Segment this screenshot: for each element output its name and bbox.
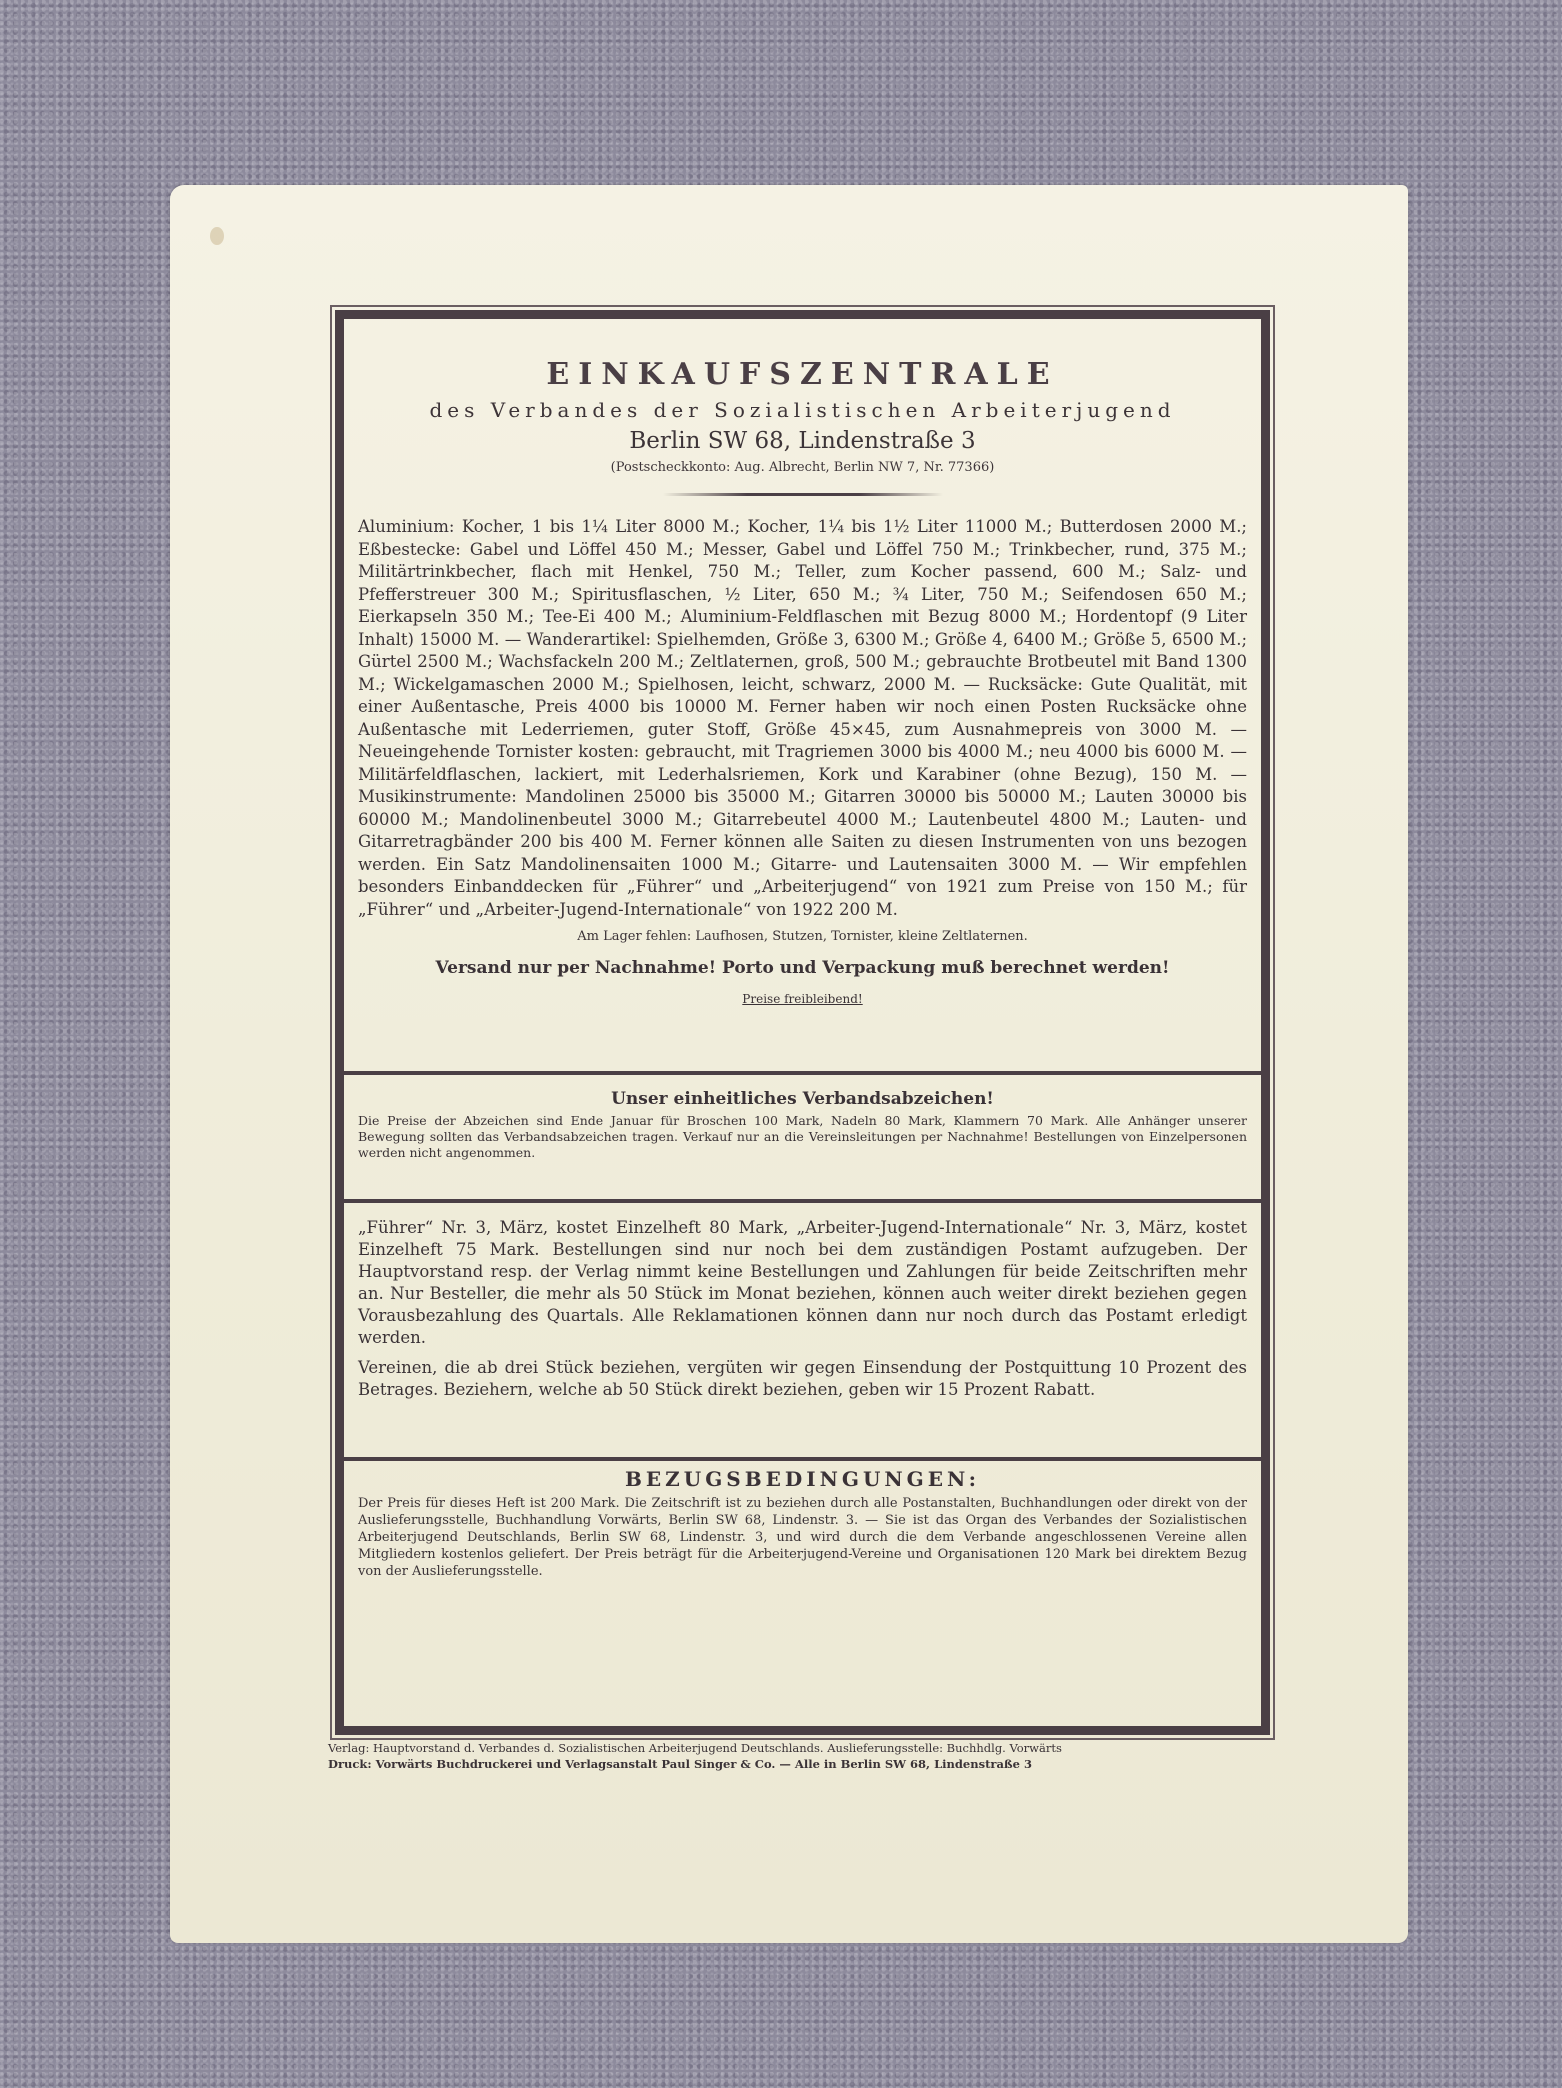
page-title: EINKAUFSZENTRALE	[358, 357, 1247, 392]
badge-section-text: Die Preise der Abzeichen sind Ende Janua…	[358, 1113, 1247, 1161]
price-list-text: Aluminium: Kocher, 1 bis 1¼ Liter 8000 M…	[358, 516, 1247, 921]
subscription-title: BEZUGSBEDINGUNGEN:	[358, 1467, 1247, 1491]
price-list-section: EINKAUFSZENTRALE des Verbandes der Sozia…	[344, 319, 1261, 1071]
prices-note: Preise freibleibend!	[358, 992, 1247, 1006]
subscription-section: BEZUGSBEDINGUNGEN: Der Preis für dieses …	[344, 1461, 1261, 1721]
header-divider	[663, 493, 943, 496]
periodicals-section: „Führer“ Nr. 3, März, kostet Einzelheft …	[344, 1203, 1261, 1453]
badge-section: Unser einheitliches Verbandsabzeichen! D…	[344, 1075, 1261, 1197]
imprint-footer: Verlag: Hauptvorstand d. Verbandes d. So…	[328, 1740, 1278, 1772]
subscription-text: Der Preis für dieses Heft ist 200 Mark. …	[358, 1495, 1247, 1580]
shipping-note: Versand nur per Nachnahme! Porto und Ver…	[358, 958, 1247, 978]
periodicals-paragraph-1: „Führer“ Nr. 3, März, kostet Einzelheft …	[358, 1217, 1247, 1349]
organization-name: des Verbandes der Sozialistischen Arbeit…	[358, 398, 1247, 422]
document-page: EINKAUFSZENTRALE des Verbandes der Sozia…	[170, 185, 1408, 1943]
badge-section-title: Unser einheitliches Verbandsabzeichen!	[358, 1089, 1247, 1109]
periodicals-paragraph-2: Vereinen, die ab drei Stück beziehen, ve…	[358, 1357, 1247, 1401]
out-of-stock-note: Am Lager fehlen: Laufhosen, Stutzen, Tor…	[358, 929, 1247, 944]
bordered-advertisement-box: EINKAUFSZENTRALE des Verbandes der Sozia…	[335, 310, 1270, 1735]
printer-line: Druck: Vorwärts Buchdruckerei und Verlag…	[328, 1756, 1278, 1772]
postal-account: (Postscheckkonto: Aug. Albrecht, Berlin …	[358, 460, 1247, 475]
address: Berlin SW 68, Lindenstraße 3	[358, 428, 1247, 454]
paper-stain	[210, 227, 224, 245]
publisher-line: Verlag: Hauptvorstand d. Verbandes d. So…	[328, 1740, 1278, 1756]
